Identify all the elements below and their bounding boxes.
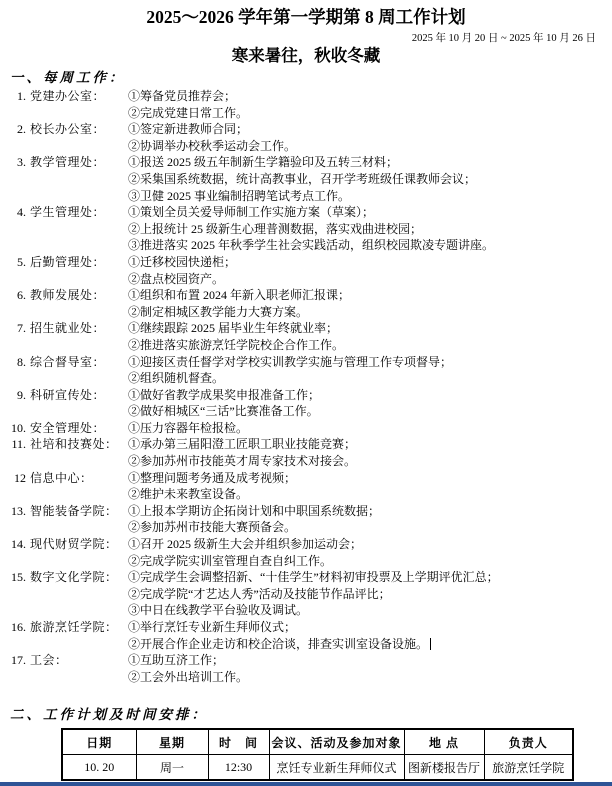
item-number: 12 — [2, 470, 28, 503]
section2-heading: 二、工作计划及时间安排： — [10, 706, 612, 723]
task-line: ②完成党建日常工作。 — [128, 105, 612, 122]
department-label: 综合督导室： — [28, 354, 128, 387]
table-header-cell: 星期 — [136, 729, 208, 755]
item-number: 11. — [2, 436, 28, 469]
department-label: 学生管理处： — [28, 204, 128, 254]
table-header-row: 日期星期时 间会议、活动及参加对象地 点负责人 — [62, 729, 573, 755]
department-label: 教师发展处： — [28, 287, 128, 320]
text-cursor — [430, 638, 431, 650]
task-line: ①报送 2025 级五年制新生学籍验印及五转三材料； — [128, 154, 612, 171]
work-item: 10.安全管理处：①压力容器年检报检。 — [2, 420, 612, 437]
work-item: 12信息中心：①整理问题考务通及成考视频；②维护未来教室设备。 — [2, 470, 612, 503]
task-line: ①完成学生会调整招新、“十佳学生”材料初审投票及上学期评优汇总； — [128, 569, 612, 586]
table-header-cell: 日期 — [62, 729, 136, 755]
task-line: ②做好相城区“三话”比赛准备工作。 — [128, 403, 612, 420]
work-item: 8.综合督导室：①迎接区责任督学对学校实训教学实施与管理工作专项督导；②组织随机… — [2, 354, 612, 387]
table-header-cell: 地 点 — [404, 729, 484, 755]
department-label: 校长办公室： — [28, 121, 128, 154]
document-title: 2025～2026 学年第一学期第 8 周工作计划 — [0, 4, 612, 31]
department-label: 现代财贸学院： — [28, 536, 128, 569]
task-list: ①召开 2025 级新生大会并组织参加运动会；②完成学院实训室管理自查自纠工作。 — [128, 536, 612, 569]
task-line: ②完成学院实训室管理自查自纠工作。 — [128, 553, 612, 570]
section1-heading: 一、每周工作： — [10, 69, 612, 86]
task-list: ①组织和布置 2024 年新入职老师汇报课；②制定相城区教学能力大赛方案。 — [128, 287, 612, 320]
item-number: 17. — [2, 652, 28, 685]
department-label: 工会： — [28, 652, 128, 685]
work-item: 2.校长办公室：①签定新进教师合同；②协调举办校秋季运动会工作。 — [2, 121, 612, 154]
task-line: ①承办第三届阳澄工匠职工职业技能竞赛； — [128, 436, 612, 453]
item-number: 5. — [2, 254, 28, 287]
task-line: ①上报本学期访企拓岗计划和中职国系统数据； — [128, 503, 612, 520]
task-list: ①迎接区责任督学对学校实训教学实施与管理工作专项督导；②组织随机督查。 — [128, 354, 612, 387]
window-bottom-edge — [0, 782, 612, 786]
table-cell: 旅游烹饪学院 — [484, 755, 573, 781]
table-row: 10. 20周一12:30烹饪专业新生拜师仪式图新楼报告厅旅游烹饪学院 — [62, 755, 573, 781]
document-page[interactable]: 2025～2026 学年第一学期第 8 周工作计划 2025 年 10 月 20… — [0, 0, 612, 786]
work-item: 3.教学管理处：①报送 2025 级五年制新生学籍验印及五转三材料；②采集国系统… — [2, 154, 612, 204]
document-motto: 寒来暑往，秋收冬藏 — [0, 47, 612, 66]
department-label: 社培和技赛处： — [28, 436, 128, 469]
table-header-cell: 会议、活动及参加对象 — [269, 729, 404, 755]
task-list: ①完成学生会调整招新、“十佳学生”材料初审投票及上学期评优汇总；②完成学院“才艺… — [128, 569, 612, 619]
task-list: ①继续跟踪 2025 届毕业生年终就业率；②推进落实旅游烹饪学院校企合作工作。 — [128, 320, 612, 353]
task-line: ①做好省教学成果奖申报准备工作； — [128, 387, 612, 404]
work-item: 7.招生就业处：①继续跟踪 2025 届毕业生年终就业率；②推进落实旅游烹饪学院… — [2, 320, 612, 353]
task-line: ②参加苏州市技能英才周专家技术对接会。 — [128, 453, 612, 470]
weekly-work-list: 1.党建办公室：①筹备党员推荐会；②完成党建日常工作。2.校长办公室：①签定新进… — [2, 88, 612, 685]
task-line: ③推进落实 2025 年秋季学生社会实践活动，组织校园欺凌专题讲座。 — [128, 237, 612, 254]
task-line: ①筹备党员推荐会； — [128, 88, 612, 105]
task-line: ①组织和布置 2024 年新入职老师汇报课； — [128, 287, 612, 304]
task-line: ②组织随机督查。 — [128, 370, 612, 387]
task-line: ②开展合作企业走访和校企洽谈，排查实训室设备设施。 — [128, 636, 612, 653]
department-label: 信息中心： — [28, 470, 128, 503]
task-list: ①互助互济工作；②工会外出培训工作。 — [128, 652, 612, 685]
table-header-cell: 负责人 — [484, 729, 573, 755]
task-line: ②推进落实旅游烹饪学院校企合作工作。 — [128, 337, 612, 354]
department-label: 数字文化学院： — [28, 569, 128, 619]
item-number: 4. — [2, 204, 28, 254]
department-label: 招生就业处： — [28, 320, 128, 353]
item-number: 3. — [2, 154, 28, 204]
task-line: ①整理问题考务通及成考视频； — [128, 470, 612, 487]
table-header-cell: 时 间 — [208, 729, 269, 755]
item-number: 7. — [2, 320, 28, 353]
department-label: 智能装备学院： — [28, 503, 128, 536]
department-label: 教学管理处： — [28, 154, 128, 204]
work-item: 6.教师发展处：①组织和布置 2024 年新入职老师汇报课；②制定相城区教学能力… — [2, 287, 612, 320]
item-number: 15. — [2, 569, 28, 619]
department-label: 党建办公室： — [28, 88, 128, 121]
work-item: 16.旅游烹饪学院：①举行烹饪专业新生拜师仪式；②开展合作企业走访和校企洽谈，排… — [2, 619, 612, 652]
work-item: 14.现代财贸学院：①召开 2025 级新生大会并组织参加运动会；②完成学院实训… — [2, 536, 612, 569]
task-list: ①压力容器年检报检。 — [128, 420, 612, 437]
task-line: ①策划全员关爱导师制工作实施方案（草案）； — [128, 204, 612, 221]
table-cell: 12:30 — [208, 755, 269, 781]
task-line: ②采集国系统数据，统计高教事业，召开学考班级任课教师会议； — [128, 171, 612, 188]
department-label: 安全管理处： — [28, 420, 128, 437]
date-range: 2025 年 10 月 20 日 ~ 2025 年 10 月 26 日 — [0, 32, 612, 46]
table-cell: 图新楼报告厅 — [404, 755, 484, 781]
work-item: 9.科研宣传处：①做好省教学成果奖申报准备工作；②做好相城区“三话”比赛准备工作… — [2, 387, 612, 420]
task-list: ①报送 2025 级五年制新生学籍验印及五转三材料；②采集国系统数据，统计高教事… — [128, 154, 612, 204]
task-line: ②参加苏州市技能大赛预备会。 — [128, 519, 612, 536]
department-label: 后勤管理处： — [28, 254, 128, 287]
work-item: 15.数字文化学院：①完成学生会调整招新、“十佳学生”材料初审投票及上学期评优汇… — [2, 569, 612, 619]
work-item: 11.社培和技赛处：①承办第三届阳澄工匠职工职业技能竞赛；②参加苏州市技能英才周… — [2, 436, 612, 469]
task-line: ①继续跟踪 2025 届毕业生年终就业率； — [128, 320, 612, 337]
department-label: 科研宣传处： — [28, 387, 128, 420]
item-number: 16. — [2, 619, 28, 652]
task-list: ①筹备党员推荐会；②完成党建日常工作。 — [128, 88, 612, 121]
task-list: ①做好省教学成果奖申报准备工作；②做好相城区“三话”比赛准备工作。 — [128, 387, 612, 420]
task-line: ②工会外出培训工作。 — [128, 669, 612, 686]
task-list: ①迁移校园快递柜；②盘点校园资产。 — [128, 254, 612, 287]
task-list: ①策划全员关爱导师制工作实施方案（草案）；②上报统计 25 级新生心理普测数据，… — [128, 204, 612, 254]
task-line: ①迁移校园快递柜； — [128, 254, 612, 271]
task-line: ②维护未来教室设备。 — [128, 486, 612, 503]
item-number: 10. — [2, 420, 28, 437]
task-list: ①上报本学期访企拓岗计划和中职国系统数据；②参加苏州市技能大赛预备会。 — [128, 503, 612, 536]
task-line: ①迎接区责任督学对学校实训教学实施与管理工作专项督导； — [128, 354, 612, 371]
task-line: ②协调举办校秋季运动会工作。 — [128, 138, 612, 155]
item-number: 9. — [2, 387, 28, 420]
task-line: ①压力容器年检报检。 — [128, 420, 612, 437]
table-cell: 烹饪专业新生拜师仪式 — [269, 755, 404, 781]
task-line: ①互助互济工作； — [128, 652, 612, 669]
table-cell: 周一 — [136, 755, 208, 781]
task-line: ②盘点校园资产。 — [128, 271, 612, 288]
task-list: ①举行烹饪专业新生拜师仪式；②开展合作企业走访和校企洽谈，排查实训室设备设施。 — [128, 619, 612, 652]
work-item: 4.学生管理处：①策划全员关爱导师制工作实施方案（草案）；②上报统计 25 级新… — [2, 204, 612, 254]
task-list: ①整理问题考务通及成考视频；②维护未来教室设备。 — [128, 470, 612, 503]
item-number: 8. — [2, 354, 28, 387]
task-list: ①签定新进教师合同；②协调举办校秋季运动会工作。 — [128, 121, 612, 154]
item-number: 6. — [2, 287, 28, 320]
item-number: 13. — [2, 503, 28, 536]
task-list: ①承办第三届阳澄工匠职工职业技能竞赛；②参加苏州市技能英才周专家技术对接会。 — [128, 436, 612, 469]
table-cell: 10. 20 — [62, 755, 136, 781]
task-line: ③卫健 2025 事业编制招聘笔试考点工作。 — [128, 188, 612, 205]
task-line: ①签定新进教师合同； — [128, 121, 612, 138]
work-item: 17.工会：①互助互济工作；②工会外出培训工作。 — [2, 652, 612, 685]
task-line: ②完成学院“才艺达人秀”活动及技能节作品评比； — [128, 586, 612, 603]
work-item: 5.后勤管理处：①迁移校园快递柜；②盘点校园资产。 — [2, 254, 612, 287]
schedule-table: 日期星期时 间会议、活动及参加对象地 点负责人10. 20周一12:30烹饪专业… — [61, 728, 574, 781]
item-number: 2. — [2, 121, 28, 154]
task-line: ①召开 2025 级新生大会并组织参加运动会； — [128, 536, 612, 553]
item-number: 14. — [2, 536, 28, 569]
task-line: ③中日在线教学平台验收及调试。 — [128, 602, 612, 619]
task-line: ②上报统计 25 级新生心理普测数据，落实戏曲进校园； — [128, 221, 612, 238]
task-line: ②制定相城区教学能力大赛方案。 — [128, 304, 612, 321]
work-item: 13.智能装备学院：①上报本学期访企拓岗计划和中职国系统数据；②参加苏州市技能大… — [2, 503, 612, 536]
work-item: 1.党建办公室：①筹备党员推荐会；②完成党建日常工作。 — [2, 88, 612, 121]
department-label: 旅游烹饪学院： — [28, 619, 128, 652]
task-line: ①举行烹饪专业新生拜师仪式； — [128, 619, 612, 636]
item-number: 1. — [2, 88, 28, 121]
